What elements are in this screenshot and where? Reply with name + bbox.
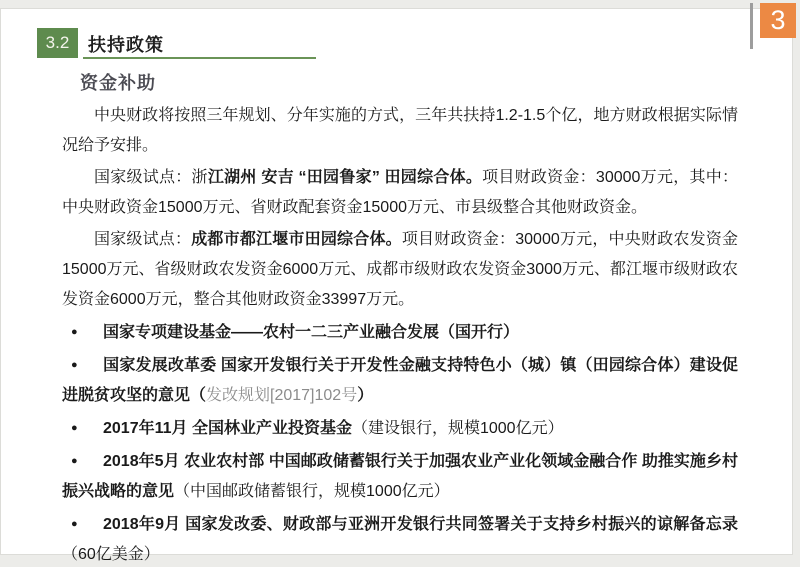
- slide-body: 中央财政将按照三年规划、分年实施的方式，三年共扶持1.2-1.5个亿，地方财政根…: [62, 101, 738, 567]
- bullet-text-bold: 2018年9月 国家发改委、财政部与亚洲开发银行共同签署关于支持乡村振兴的谅解备…: [103, 516, 738, 533]
- header-divider-line: [750, 3, 753, 49]
- bullet-text-normal: （60亿美金）: [62, 546, 160, 563]
- pilot-dujiangyan-name: 成都市都江堰市田园综合体。: [191, 231, 402, 248]
- bullet-dot: ●: [62, 509, 103, 539]
- slide-subtitle: 资金补助: [80, 69, 156, 95]
- section-title: 扶持政策: [88, 31, 164, 57]
- bullet-text-bold: 国家专项建设基金——农村一二三产业融合发展（国开行）: [103, 324, 519, 341]
- bullet-ndrc-cdb-opinion: ●国家发展改革委 国家开发银行关于开发性金融支持特色小（城）镇（田园综合体）建设…: [62, 350, 738, 411]
- bullet-dot: ●: [62, 413, 103, 443]
- page-number-badge: 3: [760, 3, 796, 38]
- paragraph-pilot-anji: 国家级试点：浙江湖州 安吉 “田园鲁家” 田园综合体。项目财政资金：30000万…: [62, 163, 738, 223]
- paragraph-pilot-dujiangyan: 国家级试点：成都市都江堰市田园综合体。项目财政资金：30000万元，中央财政农发…: [62, 225, 738, 315]
- paragraph-central-finance: 中央财政将按照三年规划、分年实施的方式，三年共扶持1.2-1.5个亿，地方财政根…: [62, 101, 738, 161]
- bullet-forestry-fund: ●2017年11月 全国林业产业投资基金（建设银行，规模1000亿元）: [62, 413, 738, 444]
- bullet-text-close: ）: [357, 387, 373, 404]
- pilot-anji-prefix: 国家级试点：浙: [94, 169, 208, 186]
- bullet-text-bold: 国家发展改革委 国家开发银行关于开发性金融支持特色小（城）镇（田园综合体）建设促…: [62, 357, 738, 404]
- bullet-text-normal: （建设银行，规模1000亿元）: [352, 420, 564, 437]
- pilot-dujiangyan-prefix: 国家级试点：: [94, 231, 191, 248]
- title-underline: [83, 57, 316, 59]
- section-number-badge: 3.2: [37, 28, 78, 58]
- bullet-dot: ●: [62, 317, 103, 347]
- bullet-special-fund: ●国家专项建设基金——农村一二三产业融合发展（国开行）: [62, 317, 738, 348]
- bullet-dot: ●: [62, 350, 103, 380]
- slide-canvas: 3 3.2 扶持政策 资金补助 中央财政将按照三年规划、分年实施的方式，三年共扶…: [0, 0, 800, 567]
- bullet-text-bold: 2017年11月 全国林业产业投资基金: [103, 420, 352, 437]
- bullet-text-gray: 发改规划[2017]102号: [206, 387, 357, 404]
- bullet-text-normal: （中国邮政储蓄银行，规模1000亿元）: [174, 483, 450, 500]
- bullet-psbc-cooperation: ●2018年5月 农业农村部 中国邮政储蓄银行关于加强农业产业化领域金融合作 助…: [62, 446, 738, 507]
- bullet-dot: ●: [62, 446, 103, 476]
- bullet-adb-memorandum: ●2018年9月 国家发改委、财政部与亚洲开发银行共同签署关于支持乡村振兴的谅解…: [62, 509, 738, 567]
- pilot-anji-name: 江湖州 安吉 “田园鲁家” 田园综合体。: [208, 169, 482, 186]
